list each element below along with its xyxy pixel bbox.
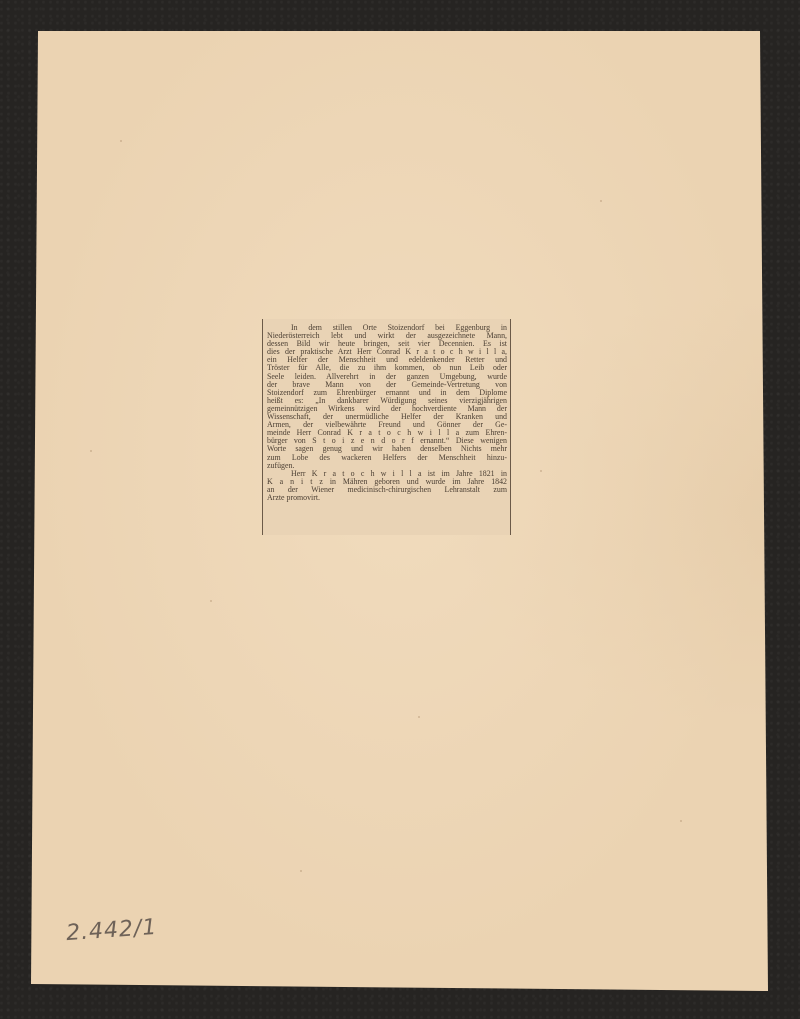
paper-speck xyxy=(210,600,212,602)
mounting-sheet: In dem stillen Orte Stoizendorf bei Egge… xyxy=(0,0,800,1019)
clipping-line: Seele leiden. Allverehrt in der ganzen U… xyxy=(267,373,507,381)
handwritten-shelfmark: 2.442/1 xyxy=(65,915,158,946)
clipping-line: der brave Mann von der Gemeinde-Vertretu… xyxy=(267,381,507,389)
paper-speck xyxy=(120,140,122,142)
newspaper-clipping: In dem stillen Orte Stoizendorf bei Egge… xyxy=(262,319,511,535)
clipping-line: meinde Herr Conrad K r a t o c h w i l l… xyxy=(267,429,507,437)
paper-speck xyxy=(540,470,542,472)
clipping-line: gemeinnützigen Wirkens wird der hochverd… xyxy=(267,405,507,413)
clipping-line: an der Wiener medicinisch-chirurgischen … xyxy=(267,486,507,494)
paper-speck xyxy=(680,820,682,822)
clipping-line: K a n i t z in Mähren geboren und wurde … xyxy=(267,478,507,486)
clipping-line: Worte sagen genug und wir haben denselbe… xyxy=(267,445,507,453)
clipping-line: bürger von S t o i z e n d o r f ernannt… xyxy=(267,437,507,445)
paper-speck xyxy=(600,200,602,202)
clipping-line: Arzte promovirt. xyxy=(267,494,507,502)
clipping-line: Herr K r a t o c h w i l l a ist im Jahr… xyxy=(267,470,507,478)
clipping-line: dessen Bild wir heute bringen, seit vier… xyxy=(267,340,507,348)
clipping-line: Wissenschaft, der unermüdliche Helfer de… xyxy=(267,413,507,421)
clipping-line: Stoizendorf zum Ehrenbürger ernannt und … xyxy=(267,389,507,397)
clipping-line: dies der praktische Arzt Herr Conrad K r… xyxy=(267,348,507,356)
clipping-line: zufügen. xyxy=(267,462,507,470)
paper-speck xyxy=(418,716,420,718)
clipping-line: ein Helfer der Menschheit und edeldenken… xyxy=(267,356,507,364)
clipping-line: Armen, der vielbewährte Freund und Gönne… xyxy=(267,421,507,429)
clipping-text: In dem stillen Orte Stoizendorf bei Egge… xyxy=(267,324,507,502)
clipping-line: Niederösterreich lebt und wirkt der ausg… xyxy=(267,332,507,340)
paper-speck xyxy=(300,870,302,872)
clipping-line: Tröster für Alle, die zu ihm kommen, ob … xyxy=(267,364,507,372)
clipping-line: heißt es: „In dankbarer Würdigung seines… xyxy=(267,397,507,405)
clipping-line: zum Lobe des wackeren Helfers der Mensch… xyxy=(267,454,507,462)
clipping-line: In dem stillen Orte Stoizendorf bei Egge… xyxy=(267,324,507,332)
paper-speck xyxy=(90,450,92,452)
